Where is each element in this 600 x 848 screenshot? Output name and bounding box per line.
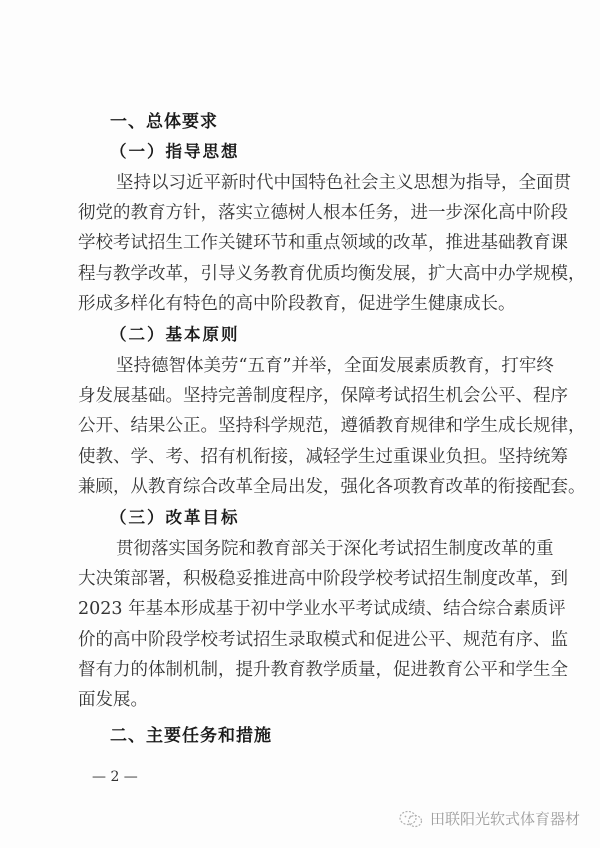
paragraph-line: 坚持以习近平新时代中国特色社会主义思想为指导，全面贯 <box>116 171 524 195</box>
paragraph-line: 价的高中阶段学校考试招生录取模式和促进公平、规范有序、监 <box>78 628 524 652</box>
paragraph-line: 大决策部署，积极稳妥推进高中阶段学校考试招生制度改革，到 <box>78 567 524 591</box>
paragraph-line: 身发展基础。坚持完善制度程序，保障考试招生机会公平、程序 <box>78 384 524 408</box>
paragraph-line: 2023 年基本形成基于初中学业水平考试成绩、结合综合素质评 <box>78 597 524 621</box>
document-page: 一、总体要求 （一）指导思想 坚持以习近平新时代中国特色社会主义思想为指导，全面… <box>0 0 600 848</box>
paragraph-line: 使教、学、考、招有机衔接，减轻学生过重课业负担。坚持统筹 <box>78 445 524 469</box>
paragraph-line: 学校考试招生工作关键环节和重点领域的改革，推进基础教育课 <box>78 231 524 255</box>
paragraph-line: 督有力的体制机制，提升教育教学质量，促进教育公平和学生全 <box>78 658 524 682</box>
sub3-heading: （三）改革目标 <box>110 506 240 530</box>
paragraph-line: 彻党的教育方针，落实立德树人根本任务，进一步深化高中阶段 <box>78 201 524 225</box>
page-number: — 2 — <box>92 769 138 785</box>
paragraph-line: 兼顾，从教育综合改革全局出发，强化各项教育改革的衔接配套。 <box>78 475 524 499</box>
watermark-text: 田联阳光软式体育器材 <box>430 808 580 829</box>
section2-heading: 二、主要任务和措施 <box>110 724 272 748</box>
sub2-heading: （二）基本原则 <box>110 323 240 347</box>
paragraph-line: 坚持德智体美劳“五育”并举，全面发展素质教育，打牢终 <box>116 354 524 378</box>
paragraph-line: 程与教学改革，引导义务教育优质均衡发展，扩大高中办学规模， <box>78 262 524 286</box>
paragraph-line: 面发展。 <box>78 688 524 712</box>
paragraph-line: 贯彻落实国务院和教育部关于深化考试招生制度改革的重 <box>116 537 524 561</box>
paragraph-line: 形成多样化有特色的高中阶段教育，促进学生健康成长。 <box>78 292 524 316</box>
wechat-icon <box>398 809 424 829</box>
section1-heading: 一、总体要求 <box>110 110 218 134</box>
watermark: 田联阳光软式体育器材 <box>398 808 580 829</box>
sub1-heading: （一）指导思想 <box>110 140 240 164</box>
paragraph-line: 公开、结果公正。坚持科学规范，遵循教育规律和学生成长规律， <box>78 414 524 438</box>
